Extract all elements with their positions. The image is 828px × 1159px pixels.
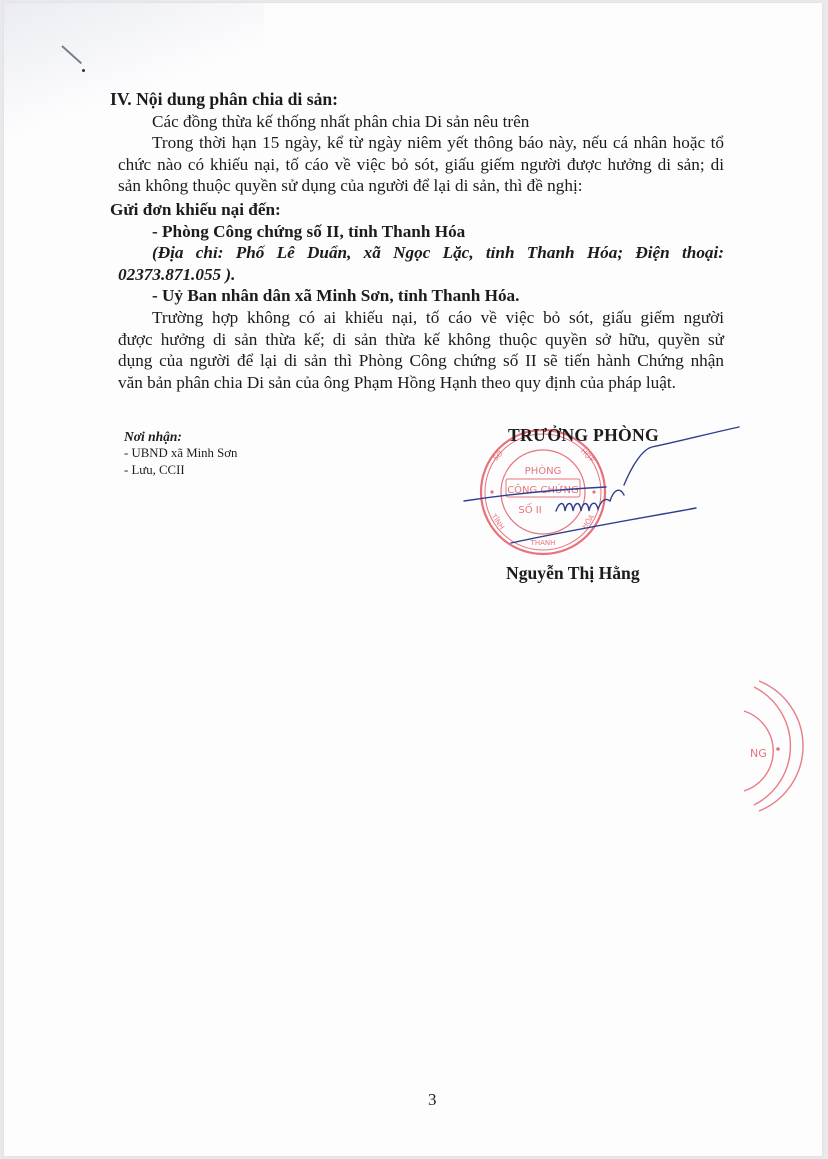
paragraph-deadline-line-1: Trong thời hạn 15 ngày, kể từ ngày niêm … [118, 132, 724, 154]
document-page: IV. Nội dung phân chia di sản: Các đồng … [4, 3, 822, 1156]
recipients-title: Nơi nhận: [124, 428, 237, 445]
complaint-office-committee: - Uỷ Ban nhân dân xã Minh Sơn, tỉnh Than… [118, 285, 724, 307]
closing-line-4: văn bản phân chia Di sản của ông Phạm Hồ… [118, 372, 724, 394]
recipient-item: - Lưu, CCII [124, 462, 237, 479]
complaint-address-line-2: 02373.871.055 ). [118, 264, 724, 286]
closing-line-2: được hưởng di sản thừa kế; di sản thừa k… [118, 329, 724, 351]
complaint-address-line-1: (Địa chỉ: Phố Lê Duẩn, xã Ngọc Lặc, tỉnh… [118, 242, 724, 264]
paragraph-agreement: Các đồng thừa kế thống nhất phân chia Di… [118, 111, 724, 133]
recipient-item: - UBND xã Minh Sơn [124, 445, 237, 462]
signature-block: TRƯỞNG PHÒNG PHÒNG CÔNG CHỨNG SỐ II THAN… [456, 421, 756, 591]
complaint-label: Gửi đơn khiếu nại đến: [110, 199, 724, 221]
page-number: 3 [428, 1090, 437, 1110]
complaint-office-notary: - Phòng Công chứng số II, tỉnh Thanh Hóa [118, 221, 724, 243]
section-heading: IV. Nội dung phân chia di sản: [110, 89, 724, 111]
recipients-block: Nơi nhận: - UBND xã Minh Sơn - Lưu, CCII [124, 428, 237, 479]
handwritten-signature-icon [456, 421, 756, 591]
paragraph-deadline-line-2: chức nào có khiếu nại, tố cáo về việc bỏ… [118, 154, 724, 176]
svg-text:NG: NG [750, 747, 767, 760]
scan-speck [82, 69, 85, 72]
closing-line-1: Trường hợp không có ai khiếu nại, tố cáo… [118, 307, 724, 329]
partial-stamp-icon: NG [704, 671, 822, 831]
closing-line-3: dụng của người để lại di sản thì Phòng C… [118, 350, 724, 372]
paragraph-deadline-line-3: sản không thuộc quyền sử dụng của người … [118, 175, 724, 197]
scan-mark [61, 45, 82, 64]
document-body: IV. Nội dung phân chia di sản: Các đồng … [118, 89, 724, 393]
